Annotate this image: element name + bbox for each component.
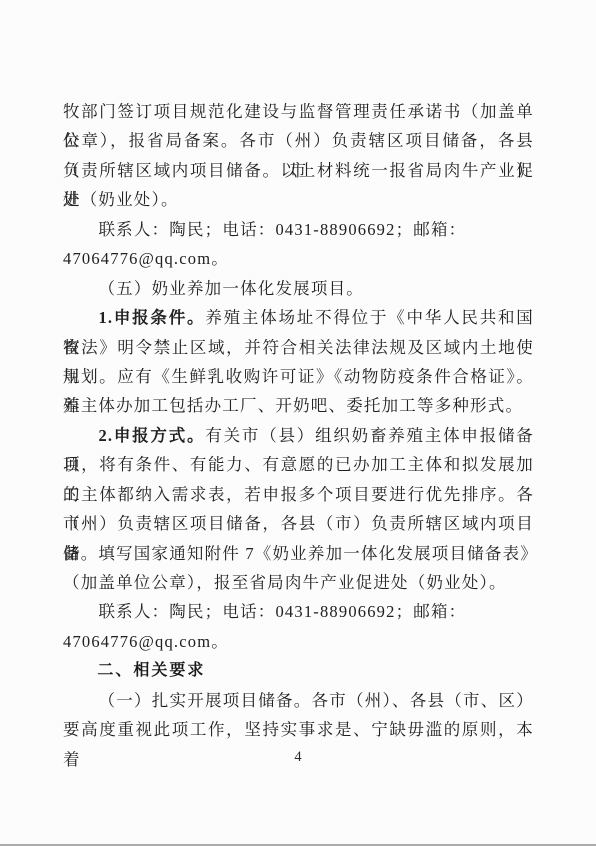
text-line: 二、相关要求 — [63, 656, 534, 685]
text-line: 47064776@qq.com。 — [63, 244, 534, 273]
text-segment: 二、相关要求 — [97, 662, 205, 679]
text-line: 公章），报省局备案。各市（州）负责辖区项目储备，各县（市） — [63, 126, 534, 155]
text-segment: 2.申报方式。 — [98, 426, 205, 445]
text-line: 牧部门签订项目规范化建设与监督管理责任承诺书（加盖单位 — [63, 97, 534, 126]
text-line: 殖主体办加工包括办工厂、开奶吧、委托加工等多种形式。 — [63, 391, 534, 420]
text-line: （加盖单位公章），报至省局肉牛产业促进处（奶业处）。 — [63, 568, 534, 597]
text-line: 牧法》明令禁止区域，并符合相关法律法规及区域内土地使用 — [63, 333, 534, 362]
text-segment: （加盖单位公章），报至省局肉牛产业促进处（奶业处）。 — [63, 573, 507, 592]
text-line: 2.申报方式。有关市（县）组织奶畜养殖主体申报储备项 — [63, 421, 534, 450]
page-body: 牧部门签订项目规范化建设与监督管理责任承诺书（加盖单位公章），报省局备案。各市（… — [63, 97, 534, 745]
text-segment: （一）扎实开展项目储备。各市（州）、各县（市、区） — [98, 691, 534, 710]
text-line: 联系人：陶民；电话：0431-88906692；邮箱： — [63, 215, 534, 244]
text-line: （一）扎实开展项目储备。各市（州）、各县（市、区） — [63, 686, 534, 715]
text-line: 处（奶业处）。 — [63, 185, 534, 214]
text-segment: （五）奶业养加一体化发展项目。 — [98, 279, 364, 298]
text-segment: 处（奶业处）。 — [63, 190, 179, 209]
page-number: 4 — [0, 749, 596, 766]
text-line: 的主体都纳入需求表，若申报多个项目要进行优先排序。各市 — [63, 480, 534, 509]
text-segment: 联系人：陶民；电话：0431-88906692；邮箱： — [98, 602, 466, 621]
text-line: 47064776@qq.com。 — [63, 627, 534, 656]
text-line: 备。填写国家通知附件 7《奶业养加一体化发展项目储备表》 — [63, 539, 534, 568]
text-segment: 殖主体办加工包括办工厂、开奶吧、委托加工等多种形式。 — [63, 396, 523, 415]
text-line: 1.申报条件。养殖主体场址不得位于《中华人民共和国畜 — [63, 303, 534, 332]
text-line: 目，将有条件、有能力、有意愿的已办加工主体和拟发展加工 — [63, 450, 534, 479]
text-segment: 47064776@qq.com。 — [63, 249, 229, 268]
document-page: 牧部门签订项目规范化建设与监督管理责任承诺书（加盖单位公章），报省局备案。各市（… — [0, 0, 596, 846]
text-line: 联系人：陶民；电话：0431-88906692；邮箱： — [63, 597, 534, 626]
text-line: 规划。应有《生鲜乳收购许可证》《动物防疫条件合格证》。养 — [63, 362, 534, 391]
text-line: （州）负责辖区项目储备，各县（市）负责所辖区域内项目储 — [63, 509, 534, 538]
text-line: （五）奶业养加一体化发展项目。 — [63, 274, 534, 303]
text-segment: 1.申报条件。 — [98, 308, 205, 327]
text-line: 负责所辖区域内项目储备。以上材料统一报省局肉牛产业促进 — [63, 156, 534, 185]
text-segment: 47064776@qq.com。 — [63, 632, 229, 651]
text-segment: 联系人：陶民；电话：0431-88906692；邮箱： — [98, 220, 466, 239]
text-segment: 备。填写国家通知附件 7《奶业养加一体化发展项目储备表》 — [63, 544, 538, 563]
text-line: 要高度重视此项工作，坚持实事求是、宁缺毋滥的原则，本着 — [63, 715, 534, 744]
